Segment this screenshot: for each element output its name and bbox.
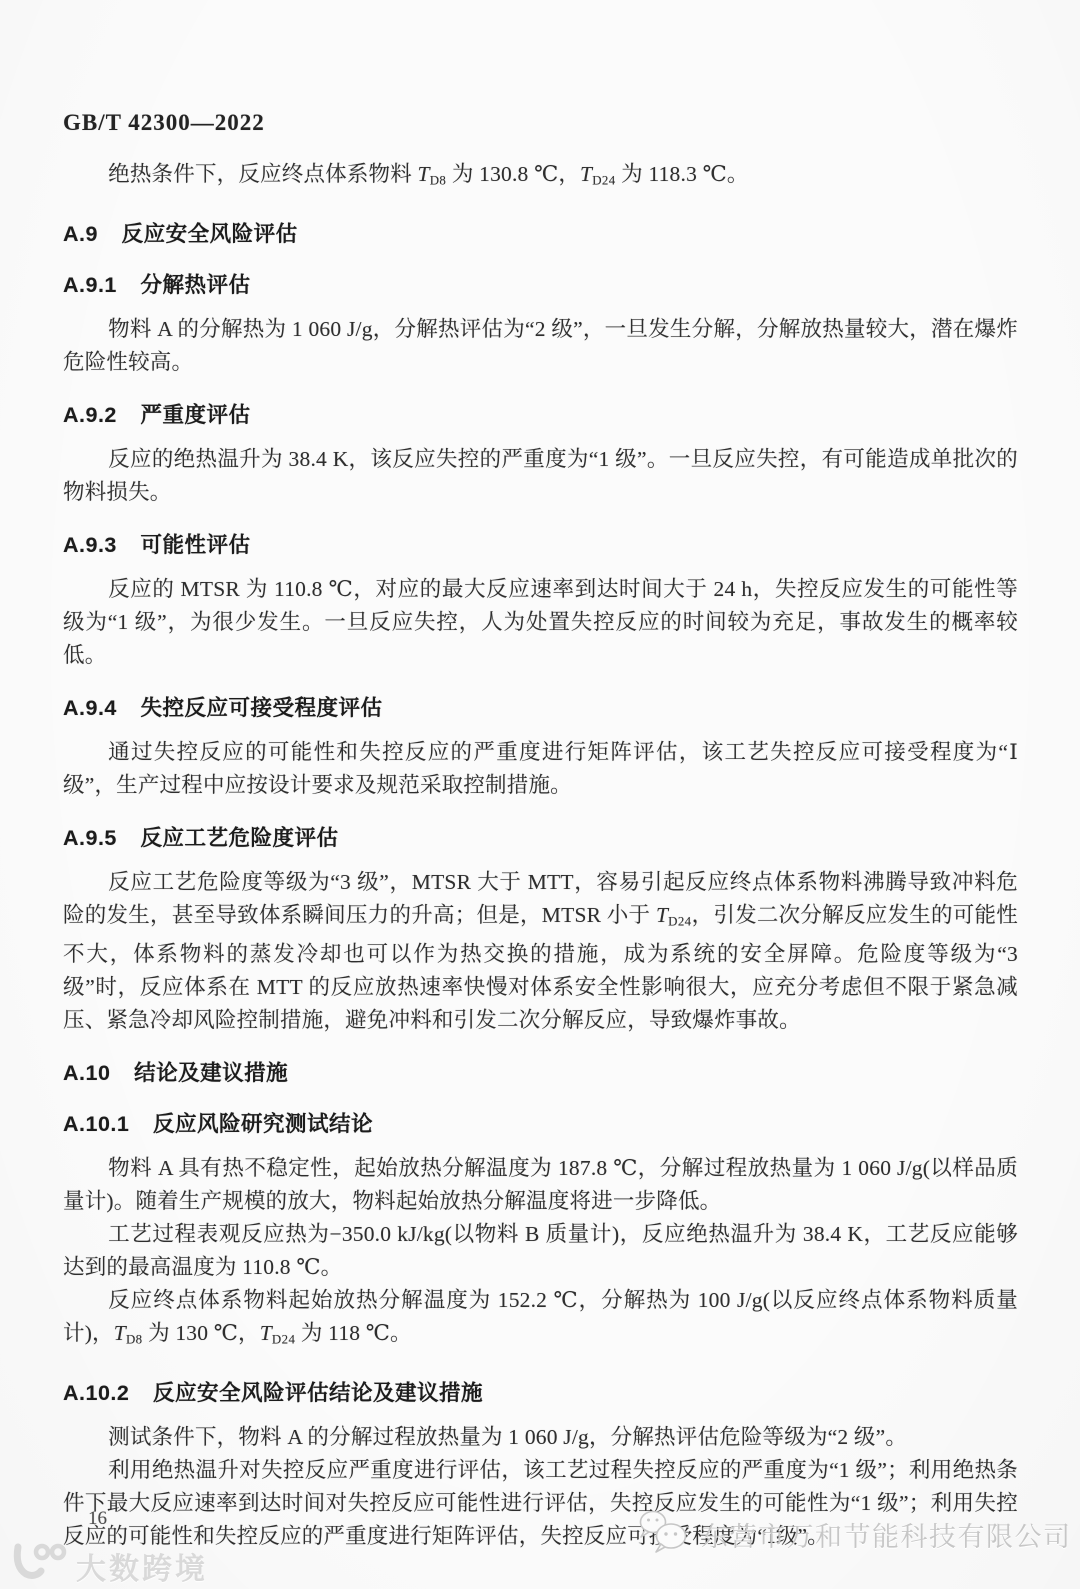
heading-a-10: A.10结论及建议措施 (63, 1058, 1018, 1088)
heading-a-9-2: A.9.2严重度评估 (63, 400, 1018, 430)
heading-a-10-2: A.10.2反应安全风险评估结论及建议措施 (63, 1378, 1018, 1408)
wechat-chat-bubbles-icon (636, 1508, 692, 1561)
heading-title: 反应工艺危险度评估 (141, 826, 339, 850)
heading-number: A.9.5 (63, 826, 117, 850)
page-content: GB/T 42300—2022 绝热条件下，反应终点体系物料 TD8 为 130… (63, 108, 1018, 1553)
heading-number: A.9.4 (63, 696, 117, 720)
paragraph-severity: 反应的绝热温升为 38.4 K，该反应失控的严重度为“1 级”。一旦反应失控，有… (63, 443, 1018, 509)
heading-number: A.9.3 (63, 533, 117, 557)
heading-number: A.9 (63, 222, 98, 246)
paragraph-test-conclusion-3: 反应终点体系物料起始放热分解温度为 152.2 ℃，分解热为 100 J/g(以… (63, 1284, 1018, 1357)
heading-a-9: A.9反应安全风险评估 (63, 219, 1018, 249)
company-watermark: 东营市万和节能科技有限公司 (636, 1508, 1072, 1561)
heading-title: 分解热评估 (141, 273, 251, 297)
heading-number: A.10 (63, 1061, 110, 1085)
heading-a-9-4: A.9.4失控反应可接受程度评估 (63, 693, 1018, 723)
heading-number: A.10.2 (63, 1381, 129, 1405)
heading-a-9-5: A.9.5反应工艺危险度评估 (63, 823, 1018, 853)
heading-number: A.10.1 (63, 1112, 129, 1136)
dashu-100-swoosh-icon (8, 1541, 68, 1589)
standard-number: GB/T 42300—2022 (63, 108, 1018, 138)
brand-logo: 大数跨境 (8, 1541, 208, 1589)
heading-title: 严重度评估 (141, 403, 251, 427)
paragraph-probability: 反应的 MTSR 为 110.8 ℃，对应的最大反应速率到达时间大于 24 h，… (63, 573, 1018, 672)
document-page: GB/T 42300—2022 绝热条件下，反应终点体系物料 TD8 为 130… (0, 0, 1080, 1589)
heading-a-9-1: A.9.1分解热评估 (63, 270, 1018, 300)
heading-title: 失控反应可接受程度评估 (141, 696, 383, 720)
paragraph-test-conclusion-2: 工艺过程表观反应热为−350.0 kJ/kg(以物料 B 质量计)，反应绝热温升… (63, 1218, 1018, 1284)
heading-title: 反应安全风险评估 (122, 222, 298, 246)
heading-a-9-3: A.9.3可能性评估 (63, 530, 1018, 560)
paragraph-assessment-conclusion-1: 测试条件下，物料 A 的分解过程放热量为 1 060 J/g，分解热评估危险等级… (63, 1421, 1018, 1454)
heading-title: 反应安全风险评估结论及建议措施 (153, 1381, 483, 1405)
page-number: 16 (88, 1508, 107, 1530)
paragraph-adiabatic-endpoint: 绝热条件下，反应终点体系物料 TD8 为 130.8 ℃，TD24 为 118.… (63, 158, 1018, 198)
heading-title: 结论及建议措施 (134, 1061, 288, 1085)
heading-title: 反应风险研究测试结论 (153, 1112, 373, 1136)
company-watermark-text: 东营市万和节能科技有限公司 (701, 1515, 1072, 1554)
heading-number: A.9.2 (63, 403, 117, 427)
paragraph-process-hazard: 反应工艺危险度等级为“3 级”，MTSR 大于 MTT，容易引起反应终点体系物料… (63, 866, 1018, 1038)
heading-a-10-1: A.10.1反应风险研究测试结论 (63, 1109, 1018, 1139)
heading-number: A.9.1 (63, 273, 117, 297)
brand-logo-text: 大数跨境 (76, 1544, 208, 1588)
paragraph-decomposition-heat: 物料 A 的分解热为 1 060 J/g，分解热评估为“2 级”，一旦发生分解，… (63, 313, 1018, 379)
paragraph-acceptability: 通过失控反应的可能性和失控反应的严重度进行矩阵评估，该工艺失控反应可接受程度为“… (63, 736, 1018, 802)
heading-title: 可能性评估 (141, 533, 251, 557)
paragraph-test-conclusion-1: 物料 A 具有热不稳定性，起始放热分解温度为 187.8 ℃，分解过程放热量为 … (63, 1152, 1018, 1218)
